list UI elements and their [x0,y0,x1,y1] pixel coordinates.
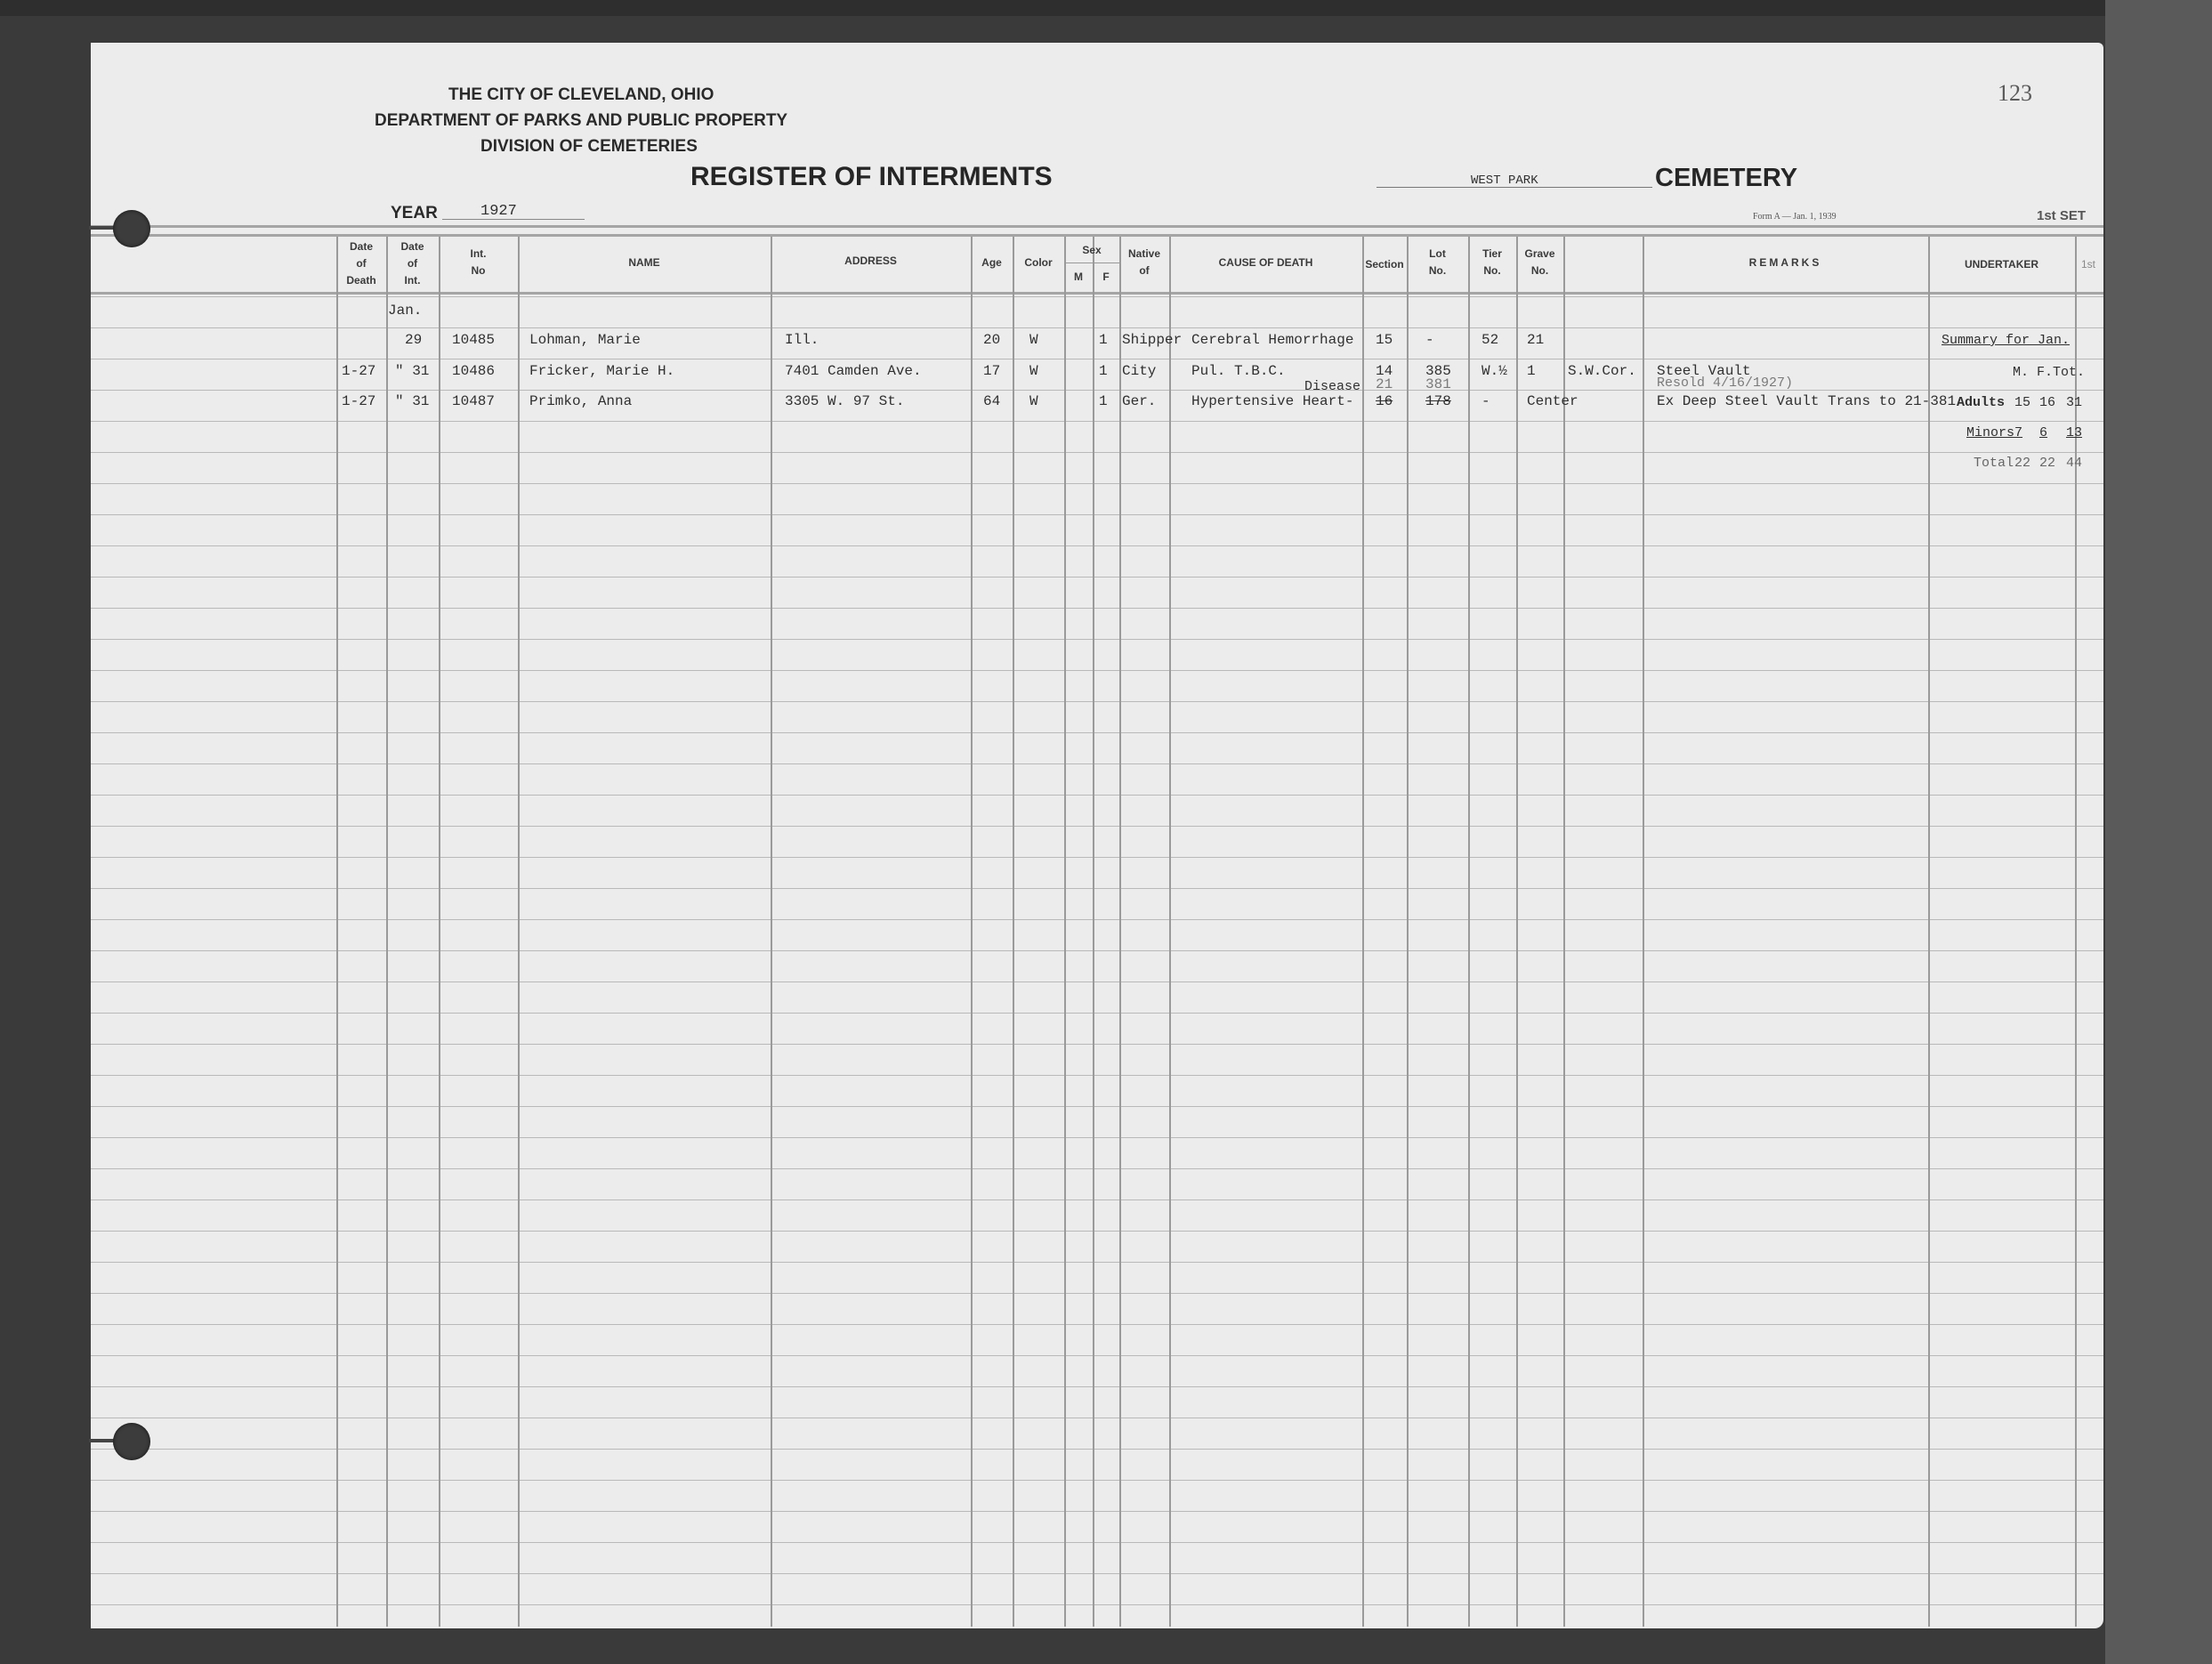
row-rule [91,857,2103,858]
column-rule [386,237,388,1627]
cell-tier-no: - [1481,393,1490,409]
row-rule [91,795,2103,796]
year-value: 1927 [480,203,517,220]
binder-hole-bottom [113,1423,150,1460]
row-rule [91,950,2103,951]
form-note: Form A — Jan. 1, 1939 [1753,212,1837,222]
row-rule [91,670,2103,671]
cell-date-of-int: " 31 [395,363,429,379]
cell-age: 17 [983,363,1000,379]
summary-tot: 13 [2066,425,2082,440]
cell-sex-f: 1 [1099,363,1108,379]
cell-name: Fricker, Marie H. [529,363,674,379]
row-rule [91,483,2103,484]
cell-section: 15 [1376,332,1393,348]
cell-date-of-int: " 31 [395,393,429,409]
col-date-of-int: Date of Int. [386,238,439,289]
page-number: 123 [1998,80,2032,107]
column-rule [771,237,772,1627]
column-header-bottom-rule-2 [91,296,2103,297]
header-rule-top [91,225,2103,228]
cell-age: 20 [983,332,1000,348]
row-rule [91,452,2103,453]
set-label: 1st SET [2037,208,2086,223]
cell-color: W [1029,393,1038,409]
cell-grave-no: 1 [1527,363,1536,379]
cell-cause-of-death: Pul. T.B.C. [1191,363,1286,379]
cell-lot-no-corrected: 381 [1425,376,1451,392]
row-rule [91,1386,2103,1387]
summary-tot: 44 [2066,456,2082,471]
column-rule [1563,237,1565,1627]
row-rule [91,1480,2103,1481]
row-rule [91,1044,2103,1045]
column-rule [1064,237,1066,1627]
cell-date-of-death: 1-27 [342,393,375,409]
column-rule [1643,237,1644,1627]
division-heading: DIVISION OF CEMETERIES [480,137,698,157]
summary-label: Minors [1966,425,2014,440]
cell-age: 64 [983,393,1000,409]
row-rule [91,421,2103,422]
col-native-of: Native of [1119,246,1169,279]
year-label: YEAR [391,204,438,223]
column-rule [2075,237,2077,1627]
row-rule [91,1542,2103,1543]
summary-label: Adults [1957,395,2005,410]
col-undertaker: UNDERTAKER [1928,256,2075,273]
cell-int-no: 10486 [452,363,495,379]
row-rule [91,1075,2103,1076]
cell-tier-no: 52 [1481,332,1498,348]
col-color: Color [1013,254,1064,271]
col-lot-no: Lot No. [1407,246,1468,279]
col-sex-m: M [1064,269,1093,286]
cell-int-no: 10485 [452,332,495,348]
page-title: REGISTER OF INTERMENTS [690,162,1053,192]
row-rule [91,763,2103,764]
cell-lot-no: - [1425,332,1434,348]
row-rule [91,919,2103,920]
column-rule [1516,237,1518,1627]
column-rule [1407,237,1409,1627]
cell-grave-no: Center [1527,393,1578,409]
binder-hole-top [113,210,150,247]
binder-spine [2105,0,2212,1664]
cell-grave-no: 21 [1527,332,1544,348]
summary-f: 16 [2039,395,2055,410]
binder-top-band [0,0,2212,16]
row-rule [91,1573,2103,1574]
cell-address: Ill. [785,332,819,348]
summary-title: Summary for Jan. [1942,333,2070,348]
department-heading: DEPARTMENT OF PARKS AND PUBLIC PROPERTY [375,111,787,131]
column-rule [971,237,973,1627]
row-rule [91,1013,2103,1014]
summary-m: 22 [2014,456,2030,471]
row-rule [91,577,2103,578]
column-rule [1468,237,1470,1627]
cell-int-no: 10487 [452,393,495,409]
cell-cause-of-death: Hypertensive Heart- [1191,393,1353,409]
cell-name: Lohman, Marie [529,332,641,348]
col-name: NAME [518,254,771,271]
row-rule [91,1168,2103,1169]
col-remarks: REMARKS [1643,254,1928,271]
sex-divider [1064,263,1119,263]
summary-tot: 31 [2066,395,2082,410]
col-address: ADDRESS [771,253,971,270]
column-rule [336,237,338,1627]
column-rule [1093,237,1094,1627]
col-int-no: Int. No [439,246,518,279]
row-rule [91,390,2103,391]
cell-sex-f: 1 [1099,332,1108,348]
row-rule [91,1604,2103,1605]
cell-color: W [1029,332,1038,348]
cell-lot-no: 178 [1425,393,1451,409]
binder-ring-stem [89,226,116,230]
binder-ring-stem [89,1439,116,1442]
summary-m: 15 [2014,395,2030,410]
row-rule [91,1137,2103,1138]
row-rule [91,888,2103,889]
city-heading: THE CITY OF CLEVELAND, OHIO [448,85,714,105]
row-rule [91,701,2103,702]
row-rule [91,1449,2103,1450]
cell-date-of-death: 1-27 [342,363,375,379]
cell-native-of: Shipper [1122,332,1182,348]
col-date-of-death: Date of Death [336,238,386,289]
col-grave-no: Grave No. [1516,246,1563,279]
col-sex-f: F [1093,269,1119,286]
row-rule [91,1106,2103,1107]
row-rule [91,826,2103,827]
cell-sex-f: 1 [1099,393,1108,409]
summary-f: 6 [2039,425,2047,440]
summary-m: 7 [2014,425,2022,440]
cell-color: W [1029,363,1038,379]
cell-cause-of-death: Cerebral Hemorrhage [1191,332,1353,348]
cell-name: Primko, Anna [529,393,632,409]
cell-section: 16 [1376,393,1393,409]
col-age: Age [971,254,1013,271]
row-rule [91,327,2103,328]
col-tier-no: Tier No. [1468,246,1516,279]
row-rule [91,514,2103,515]
col-set: 1st [2075,256,2102,273]
row-rule [91,545,2103,546]
column-rule [1013,237,1014,1627]
col-cause-of-death: CAUSE OF DEATH [1169,254,1362,271]
row-rule [91,732,2103,733]
row-rule [91,1355,2103,1356]
cemetery-name: WEST PARK [1471,174,1538,188]
column-rule [1928,237,1930,1627]
row-rule [91,1262,2103,1263]
month-label: Jan. [388,303,422,319]
row-rule [91,608,2103,609]
cell-section-corrected: 21 [1376,376,1393,392]
col-sex: Sex [1064,242,1119,259]
cell-location-note: S.W.Cor. [1568,363,1636,379]
cemetery-label: CEMETERY [1655,164,1797,193]
row-rule [91,1231,2103,1232]
cell-address: 7401 Camden Ave. [785,363,922,379]
cell-tier-no: W.½ [1481,363,1507,379]
cell-cause-of-death-continued: Disease [1304,379,1360,394]
row-rule [91,1200,2103,1200]
cell-remarks: Ex Deep Steel Vault Trans to 21-381 [1657,393,1956,409]
column-rule [439,237,440,1627]
summary-label: Total [1974,456,2014,471]
row-rule [91,1293,2103,1294]
row-rule [91,1418,2103,1418]
cell-date-of-int: 29 [405,332,422,348]
cell-native-of: Ger. [1122,393,1156,409]
column-rule [1362,237,1364,1627]
header-rule-bottom [91,234,2103,237]
row-rule [91,981,2103,982]
col-section: Section [1362,256,1407,273]
column-rule [1119,237,1121,1627]
row-rule [91,359,2103,359]
register-page: THE CITY OF CLEVELAND, OHIO DEPARTMENT O… [91,43,2103,1628]
summary-col-headers: M. F.Tot. [2013,365,2085,380]
cell-address: 3305 W. 97 St. [785,393,904,409]
row-rule [91,639,2103,640]
column-rule [1169,237,1171,1627]
row-rule [91,1511,2103,1512]
cell-native-of: City [1122,363,1156,379]
cell-remarks-annotation: Resold 4/16/1927) [1657,376,1793,391]
column-rule [518,237,520,1627]
row-rule [91,1324,2103,1325]
column-header-bottom-rule [91,292,2103,295]
summary-f: 22 [2039,456,2055,471]
